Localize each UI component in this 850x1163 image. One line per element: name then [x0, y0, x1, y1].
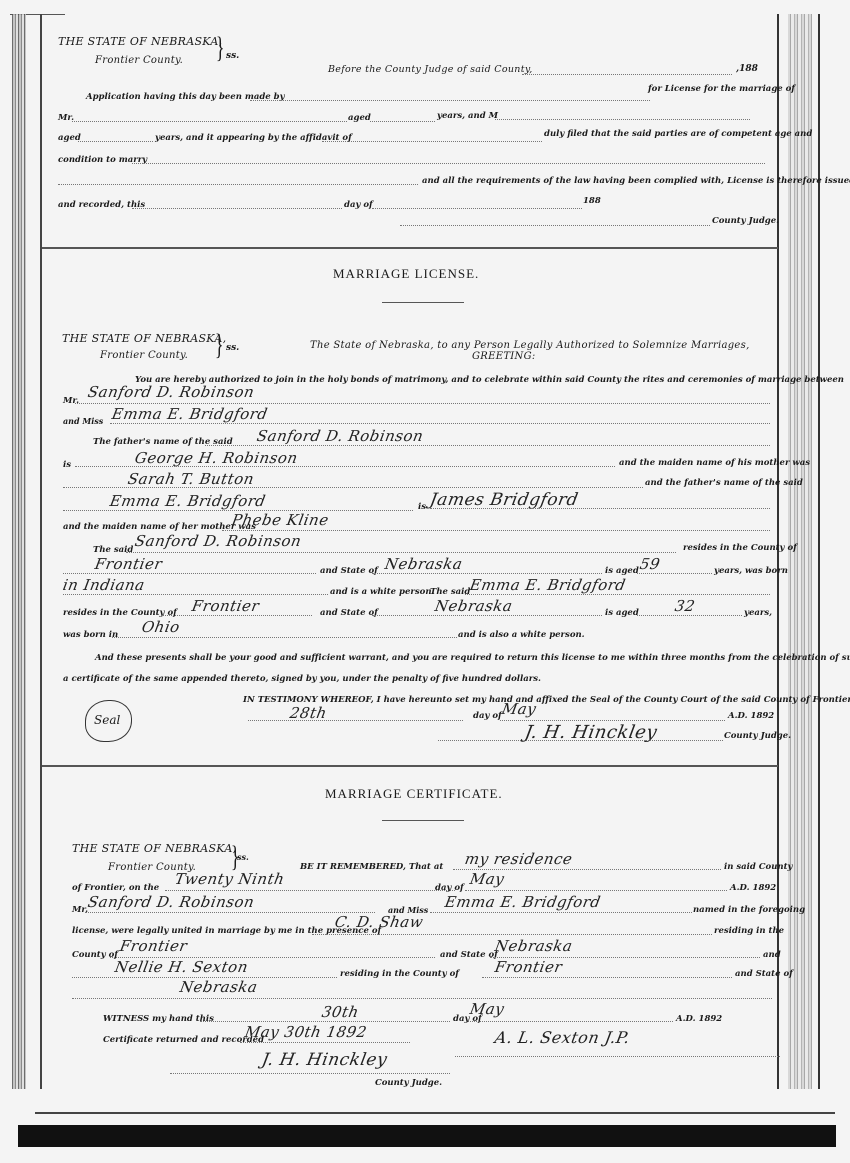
witness1-state[interactable]: Nebraska	[493, 937, 574, 955]
label: years,	[744, 608, 772, 618]
label: day of	[344, 200, 373, 210]
label: is aged	[605, 566, 639, 576]
field-line	[126, 552, 676, 553]
label: and the maiden name of his mother was	[619, 458, 810, 468]
label: County Judge.	[375, 1078, 442, 1088]
certificate-title: MARRIAGE CERTIFICATE.	[325, 786, 503, 802]
groom-name[interactable]: Sanford D. Robinson	[86, 383, 255, 401]
label: and the father's name of the said	[645, 478, 803, 488]
bride-field[interactable]	[495, 119, 750, 120]
witness-day[interactable]: 30th	[320, 1003, 360, 1021]
field-line	[85, 912, 375, 913]
field-line	[72, 998, 772, 999]
field-line	[63, 573, 316, 574]
field-line	[75, 466, 615, 467]
presents-text: a certificate of the same appended there…	[63, 674, 541, 684]
label: 188	[583, 196, 601, 206]
greeting: GREETING:	[472, 351, 536, 362]
label: and is also a white person.	[458, 630, 585, 640]
cert-judge-signature[interactable]: J. H. Hinckley	[260, 1050, 389, 1070]
cert-groom-name[interactable]: Sanford D. Robinson	[86, 893, 255, 911]
label: and State of	[440, 950, 498, 960]
field-line	[63, 594, 328, 595]
label: resides in the County of	[683, 543, 797, 553]
marriage-place[interactable]: my residence	[463, 850, 574, 868]
label: is	[418, 502, 426, 512]
field-line	[438, 740, 723, 741]
brace: }	[215, 330, 224, 360]
field-line	[465, 594, 770, 595]
bride-age[interactable]: 32	[673, 597, 696, 615]
label: A.D. 1892	[676, 1014, 722, 1024]
groom-age[interactable]: 59	[638, 555, 661, 573]
blank-field[interactable]	[58, 184, 418, 185]
field-line	[430, 912, 692, 913]
cert-bride-name[interactable]: Emma E. Bridgford	[443, 893, 602, 911]
state-heading: THE STATE OF NEBRASKA,	[72, 842, 236, 855]
label: BE IT REMEMBERED, That at	[300, 862, 443, 872]
witness2-name[interactable]: Nellie H. Sexton	[113, 958, 249, 976]
label: years, was born	[714, 566, 788, 576]
field-line	[63, 487, 643, 488]
field-line	[240, 1042, 410, 1043]
witness2-state[interactable]: Nebraska	[178, 978, 259, 996]
label: and State of	[735, 969, 793, 979]
year-prefix: ,188	[736, 64, 758, 74]
field-line	[465, 890, 727, 891]
presents-text: And these presents shall be your good an…	[95, 653, 850, 663]
license-title: MARRIAGE LICENSE.	[333, 266, 479, 282]
witness-month[interactable]: May	[468, 1000, 505, 1018]
said-groom[interactable]: Sanford D. Robinson	[133, 532, 302, 550]
field-line	[500, 720, 725, 721]
label: and is a white person.	[330, 587, 434, 597]
label: of Frontier, on the	[72, 883, 159, 893]
address-line: The State of Nebraska, to any Person Leg…	[310, 340, 750, 351]
groom-field-line	[75, 403, 770, 404]
label: A.D. 1892	[728, 711, 774, 721]
label: Mr.	[63, 396, 79, 406]
court-seal: Seal	[85, 700, 132, 742]
border-left	[40, 14, 42, 1089]
label: was born in	[63, 630, 118, 640]
label: The said	[430, 587, 470, 597]
label: and State of	[320, 608, 378, 618]
label: and State of	[320, 566, 378, 576]
father-of-name[interactable]: Sanford D. Robinson	[255, 427, 424, 445]
groom-birthplace[interactable]: in Indiana	[61, 576, 146, 594]
condition-field[interactable]	[132, 163, 765, 164]
bride-field-line	[110, 423, 770, 424]
testimony-text: IN TESTIMONY WHEREOF, I have hereunto se…	[243, 695, 850, 705]
marriage-month[interactable]: May	[468, 870, 505, 888]
label: County Judge.	[724, 731, 791, 741]
divider	[35, 1112, 835, 1114]
label: duly filed that the said parties are of …	[544, 129, 812, 139]
section-divider	[42, 765, 778, 767]
field-line	[312, 934, 712, 935]
field-line	[248, 720, 463, 721]
field-line	[165, 890, 455, 891]
label: A.D. 1892	[730, 883, 776, 893]
label: in said County	[724, 862, 792, 872]
groom-state[interactable]: Nebraska	[383, 555, 464, 573]
license-month[interactable]: May	[500, 700, 537, 718]
field-line	[205, 445, 770, 446]
witness1-name[interactable]: C. D. Shaw	[333, 913, 424, 931]
field-line	[468, 1021, 673, 1022]
field-line	[170, 1073, 450, 1074]
bride-name[interactable]: Emma E. Bridgford	[110, 405, 269, 423]
field-line	[430, 508, 770, 509]
brace: }	[216, 33, 225, 63]
label: County Judge.	[712, 216, 779, 226]
ss-label: ss.	[226, 343, 239, 353]
state-heading: THE STATE OF NEBRASKA,	[62, 332, 226, 345]
title-rule	[382, 820, 464, 821]
field-line	[455, 1056, 780, 1057]
field-line	[200, 1021, 450, 1022]
witness1-county[interactable]: Frontier	[118, 937, 188, 955]
age-field[interactable]	[370, 121, 435, 122]
label: and	[763, 950, 781, 960]
field-line	[372, 615, 602, 616]
age-field[interactable]	[78, 141, 153, 142]
label: Certificate returned and recorded	[103, 1035, 264, 1045]
county-heading: Frontier County.	[100, 350, 188, 361]
county-heading: Frontier County.	[95, 55, 183, 66]
scan-shadow	[18, 1125, 836, 1147]
field-line	[162, 615, 312, 616]
groom-father[interactable]: George H. Robinson	[133, 449, 299, 467]
ss-label: ss.	[237, 852, 249, 862]
label: and Miss	[63, 416, 103, 426]
marriage-day[interactable]: Twenty Ninth	[173, 870, 286, 888]
label: named in the foregoing	[693, 905, 805, 915]
groom-mother[interactable]: Sarah T. Button	[126, 470, 255, 488]
bride-county[interactable]: Frontier	[190, 597, 260, 615]
bride-state[interactable]: Nebraska	[433, 597, 514, 615]
witness2-county[interactable]: Frontier	[493, 958, 563, 976]
officiant-signature[interactable]: A. L. Sexton J.P.	[493, 1028, 631, 1047]
groom-county[interactable]: Frontier	[93, 555, 163, 573]
bride-father[interactable]: James Bridgford	[428, 490, 580, 510]
bride-birthplace[interactable]: Ohio	[140, 618, 181, 636]
label: resides in the County of	[63, 608, 177, 618]
title-rule	[382, 302, 464, 303]
field-line	[112, 637, 457, 638]
field-line	[637, 615, 742, 616]
field-line	[222, 530, 770, 531]
label: and all the requirements of the law havi…	[422, 176, 850, 186]
label: day of	[473, 711, 502, 721]
label: residing in the County of	[340, 969, 459, 979]
said-bride[interactable]: Emma E. Bridgford	[468, 576, 627, 594]
bride-mother[interactable]: Phebe Kline	[230, 511, 330, 529]
label: years, and M	[437, 111, 498, 121]
affiant-field[interactable]	[322, 141, 542, 142]
returned-date[interactable]: May 30th 1892	[243, 1023, 368, 1041]
label: day of	[435, 883, 464, 893]
field-line	[482, 977, 732, 978]
label: is	[63, 460, 71, 470]
section-divider	[42, 247, 778, 249]
label: County of	[72, 950, 118, 960]
label: The said	[93, 545, 133, 555]
field-line	[637, 573, 712, 574]
recorded-day-field[interactable]	[132, 208, 342, 209]
binding-edge-left	[12, 14, 26, 1089]
label: is aged	[605, 608, 639, 618]
groom-field[interactable]	[72, 121, 347, 122]
before-judge: Before the County Judge of said County,	[328, 64, 533, 75]
applicant-field[interactable]	[250, 100, 650, 101]
state-heading: THE STATE OF NEBRASKA,	[58, 35, 222, 48]
field-line	[372, 573, 602, 574]
label: for License for the marriage of	[648, 84, 795, 94]
judge-signature-field[interactable]	[400, 225, 710, 226]
label: WITNESS my hand this	[103, 1014, 214, 1024]
ss-label: ss.	[226, 51, 239, 61]
bride-name-repeat[interactable]: Emma E. Bridgford	[108, 492, 267, 510]
recorded-month-field[interactable]	[372, 208, 582, 209]
label: aged	[348, 113, 371, 123]
label: residing in the	[714, 926, 784, 936]
date-field[interactable]	[522, 74, 732, 75]
